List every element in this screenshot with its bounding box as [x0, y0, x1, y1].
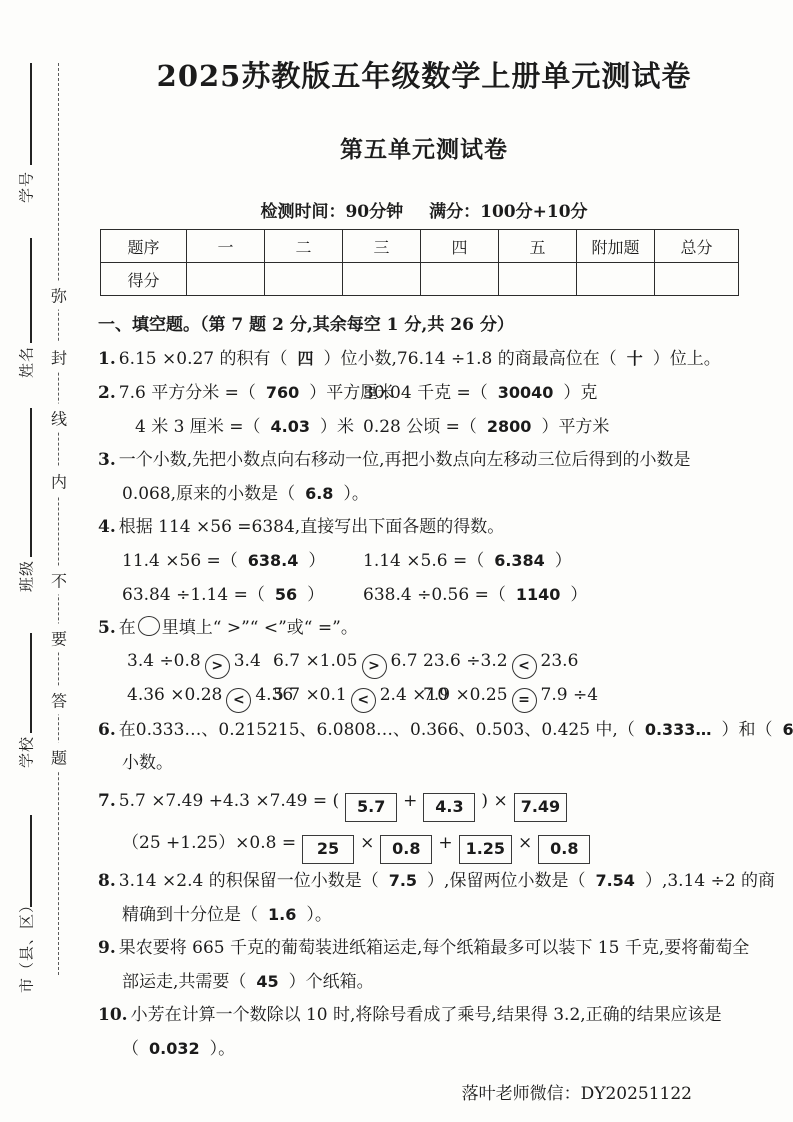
answer-blank: （638.4）: [221, 551, 326, 571]
q5-item-1: 3.4 ÷0.8>3.4: [127, 645, 273, 679]
q7-expr: （25 +1.25）×0.8 =: [122, 833, 296, 853]
question-number: 1.: [98, 349, 116, 369]
q5-text: 里填上“ >”“ <”或“ =”。: [162, 618, 358, 638]
q3-text: 0.068,原来的小数是: [122, 484, 278, 504]
teacher-wechat-footer: 落叶老师微信：DY20251122: [98, 1079, 750, 1109]
answer: 30040: [488, 383, 564, 402]
score-col-1: 一: [187, 230, 265, 263]
question-number: 6.: [98, 720, 116, 740]
score-table: 题序 一 二 三 四 五 附加题 总分 得分: [100, 229, 739, 296]
score-cell: [343, 263, 421, 296]
q1-text: 6.15 ×0.27 的积有: [119, 349, 271, 369]
q8-text: 3.14 ×2.4 的积保留一位小数是: [119, 871, 362, 891]
question-number: 3.: [98, 450, 116, 470]
q2-item-1: 2.7.6 平方分米 =（760）平方厘米: [98, 376, 363, 410]
q6-text: 小数。: [122, 753, 173, 773]
seal-char: 弥: [50, 281, 68, 310]
q9-text: 个纸箱。: [306, 972, 374, 992]
exam-time: 检测时间：90分钟: [260, 202, 403, 222]
question-8: 8.3.14 ×2.4 的积保留一位小数是（7.5）,保留两位小数是（7.54）…: [98, 864, 750, 932]
answer-blank: （760）: [239, 383, 326, 403]
question-number: 7.: [98, 791, 116, 811]
seal-dashed-line: [58, 63, 59, 975]
question-7: 7.5.7 ×7.49 +4.3 ×7.49 = (5.7+4.3) ×7.49…: [98, 780, 750, 864]
question-number: 9.: [98, 938, 116, 958]
q2-item-3: 4 米 3 厘米 =（4.03）米: [135, 410, 363, 444]
answer: 1140: [506, 585, 571, 604]
q2-item-2: 30.04 千克 =（30040）克: [363, 376, 750, 410]
comparison-circle: <: [226, 688, 251, 713]
seal-char: 要: [50, 624, 68, 653]
seal-char: 内: [50, 467, 68, 496]
q1-text: 位上。: [670, 349, 721, 369]
q7-op: +: [438, 833, 452, 853]
comparison-circle: =: [512, 688, 537, 713]
comparison-circle: >: [362, 654, 387, 679]
seal-field-class: 班级: [16, 560, 37, 592]
q3-text: 。: [352, 484, 369, 504]
answer: 45: [246, 972, 288, 991]
answer: 0.032: [139, 1039, 210, 1058]
seal-field-city: 市（县、区）: [16, 897, 37, 993]
answer-box: 1.25: [459, 835, 512, 864]
name-fill-line: [30, 633, 32, 733]
score-col-3: 三: [343, 230, 421, 263]
q10-text: 小芳在计算一个数除以 10 时,将除号看成了乘号,结果得 3.2,正确的结果应该…: [131, 1005, 722, 1025]
q7-op: ×: [360, 833, 374, 853]
question-6: 6.在0.333…、0.215215、6.0808…、0.366、0.503、0…: [98, 713, 750, 780]
score-table-corner: 题序: [101, 230, 187, 263]
q5-item-4: 4.36 ×0.28<4.36: [127, 679, 273, 713]
answer-box: 0.8: [538, 835, 590, 864]
answer-box: 7.49: [514, 793, 567, 822]
q7-op: +: [403, 791, 417, 811]
q8-text: ,3.14 ÷2 的商: [662, 871, 775, 891]
score-table-score-row: 得分: [101, 263, 739, 296]
q5-text: 在: [119, 618, 136, 638]
answer: 7.54: [585, 871, 644, 890]
answer-blank: （56）: [248, 585, 324, 605]
score-row-label: 得分: [101, 263, 187, 296]
answer: 760: [256, 383, 309, 402]
score-col-total: 总分: [655, 230, 739, 263]
page-title: 2025苏教版五年级数学上册单元测试卷: [98, 54, 750, 95]
score-cell: [421, 263, 499, 296]
question-number: 8.: [98, 871, 116, 891]
q4-intro: 根据 114 ×56 =6384,直接写出下面各题的得数。: [119, 517, 504, 537]
answer-box: 25: [302, 835, 354, 864]
q5-item-2: 6.7 ×1.05>6.7: [273, 645, 423, 679]
exam-meta: 检测时间：90分钟满分：100分+10分: [98, 197, 750, 222]
answer: 2800: [477, 417, 542, 436]
score-table-header-row: 题序 一 二 三 四 五 附加题 总分: [101, 230, 739, 263]
answer-blank: （7.5）: [362, 871, 444, 891]
q6-text: 在0.333…、0.215215、6.0808…、0.366、0.503、0.4…: [119, 720, 618, 740]
question-9: 9.果农要将 665 千克的葡萄装进纸箱运走,每个纸箱最多可以装下 15 千克,…: [98, 932, 750, 999]
answer-blank: （四）: [271, 349, 341, 369]
name-fill-line: [30, 238, 32, 343]
q10-text: ）。: [210, 1039, 236, 1059]
score-col-5: 五: [499, 230, 577, 263]
q7-expr: 5.7 ×7.49 +4.3 ×7.49 = (: [119, 791, 339, 811]
answer-blank: （4.03）: [244, 417, 337, 437]
answer-blank: （6.384）: [467, 551, 572, 571]
answer: 7.5: [379, 871, 427, 890]
score-col-2: 二: [265, 230, 343, 263]
question-number: 2.: [98, 383, 116, 403]
answer-blank: （0.333…）: [618, 720, 739, 740]
answer-box: 0.8: [380, 835, 432, 864]
answer-blank: （十）: [600, 349, 670, 369]
answer: 1.6: [258, 905, 306, 924]
page-subtitle: 第五单元测试卷: [98, 131, 750, 164]
score-cell: [577, 263, 655, 296]
question-4: 4.根据 114 ×56 =6384,直接写出下面各题的得数。 11.4 ×56…: [98, 511, 750, 612]
answer: 四: [288, 349, 324, 368]
answer-blank: （6.0808…）: [755, 720, 793, 740]
question-number: 4.: [98, 517, 116, 537]
question-1: 1.6.15 ×0.27 的积有（四）位小数,76.14 ÷1.8 的商最高位在…: [98, 342, 750, 376]
q4-item-2: 1.14 ×5.6 =（6.384）: [363, 544, 750, 578]
score-col-bonus: 附加题: [577, 230, 655, 263]
q1-text: 位小数,76.14 ÷1.8 的商最高位在: [341, 349, 600, 369]
answer-blank: （2800）: [460, 417, 559, 437]
answer-blank: （30040）: [471, 383, 581, 403]
score-cell: [187, 263, 265, 296]
section-heading: 一、填空题。（第 7 题 2 分,其余每空 1 分,共 26 分）: [98, 309, 750, 342]
seal-field-student-id: 学号: [16, 171, 37, 203]
q10-text: （: [122, 1039, 139, 1059]
q4-item-4: 638.4 ÷0.56 =（1140）: [363, 578, 750, 612]
question-10: 10.小芳在计算一个数除以 10 时,将除号看成了乘号,结果得 3.2,正确的结…: [98, 999, 750, 1066]
seal-char: 不: [50, 566, 68, 595]
answer: 6.8: [295, 484, 343, 503]
seal-field-school: 学校: [16, 736, 37, 768]
comparison-circle: <: [351, 688, 376, 713]
q9-text: 部运走,共需要: [122, 972, 229, 992]
seal-char: 封: [50, 343, 68, 372]
answer-box: 5.7: [345, 793, 397, 822]
name-fill-line: [30, 408, 32, 557]
seal-char: 答: [50, 686, 68, 715]
name-fill-line: [30, 815, 32, 907]
q5-item-3: 23.6 ÷3.2<23.6: [423, 645, 578, 679]
test-paper-page: { "page": { "title": "2025苏教版五年级数学上册单元测试…: [0, 0, 793, 1122]
comparison-circle: >: [205, 654, 230, 679]
seal-margin: 学号 姓名 班级 学校 市（县、区） 弥 封 线 内 不 要 答 题: [0, 0, 95, 1122]
answer: 56: [265, 585, 307, 604]
comparison-circle: <: [512, 654, 537, 679]
answer-blank: （6.8）: [278, 484, 352, 504]
answer-blank: （45）: [229, 972, 305, 992]
answer: 0.333…: [635, 720, 722, 739]
q8-text: 精确到十分位是: [122, 905, 241, 925]
seal-field-name: 姓名: [16, 346, 37, 378]
q7-op: ×: [518, 833, 532, 853]
answer-blank: （1140）: [489, 585, 588, 605]
q8-text: ,保留两位小数是: [444, 871, 568, 891]
question-number: 10.: [98, 1005, 128, 1025]
answer: 638.4: [238, 551, 309, 570]
q7-expr: ) ×: [481, 791, 507, 811]
paper-content: 2025苏教版五年级数学上册单元测试卷 第五单元测试卷 检测时间：90分钟满分：…: [98, 0, 750, 1109]
seal-char: 题: [50, 743, 68, 772]
q5-item-6: 7.9 ×0.25=7.9 ÷4: [423, 679, 598, 713]
seal-char: 线: [50, 404, 68, 433]
question-5: 5.在里填上“ >”“ <”或“ =”。 3.4 ÷0.8>3.4 6.7 ×1…: [98, 612, 750, 713]
q3-text: 一个小数,先把小数点向右移动一位,再把小数点向左移动三位后得到的小数是: [119, 450, 691, 470]
q9-text: 果农要将 665 千克的葡萄装进纸箱运走,每个纸箱最多可以装下 15 千克,要将…: [119, 938, 750, 958]
q4-item-3: 63.84 ÷1.14 =（56）: [122, 578, 363, 612]
q8-text: 。: [315, 905, 332, 925]
answer: 6.0808…: [772, 720, 793, 739]
name-fill-line: [30, 63, 32, 165]
answer-blank: （1.6）: [241, 905, 315, 925]
q4-item-1: 11.4 ×56 =（638.4）: [122, 544, 363, 578]
answer-blank: （7.54）: [568, 871, 661, 891]
answer-box: 4.3: [423, 793, 475, 822]
exam-full-score: 满分：100分+10分: [429, 202, 587, 222]
q6-text: 和: [738, 720, 755, 740]
q2-item-4: 0.28 公顷 =（2800）平方米: [363, 410, 750, 444]
question-number: 5.: [98, 618, 116, 638]
answer: 十: [617, 349, 653, 368]
answer: 6.384: [484, 551, 555, 570]
score-col-4: 四: [421, 230, 499, 263]
score-cell: [265, 263, 343, 296]
score-cell: [655, 263, 739, 296]
question-2: 2.7.6 平方分米 =（760）平方厘米 30.04 千克 =（30040）克…: [98, 376, 750, 444]
empty-circle: [138, 616, 160, 636]
q5-item-5: 5.7 ×0.1<2.4 ×10: [273, 679, 423, 713]
score-cell: [499, 263, 577, 296]
answer: 4.03: [261, 417, 320, 436]
question-3: 3.一个小数,先把小数点向右移动一位,再把小数点向左移动三位后得到的小数是 0.…: [98, 444, 750, 511]
